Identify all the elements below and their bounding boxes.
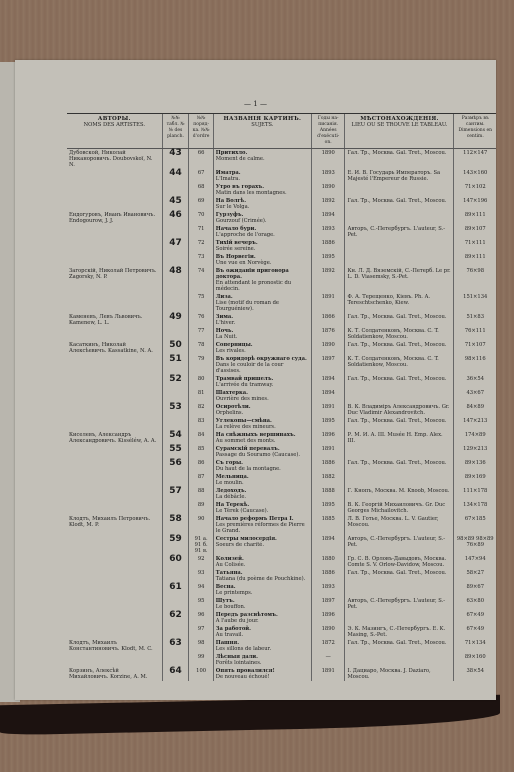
dimensions-cell: 174×89 — [454, 431, 496, 445]
location-cell: Авторъ, С.-Петербургъ. L'auteur, S.-Pet. — [345, 225, 454, 239]
col-location: МѢСТОНАХОЖДЕНІЯ. LIEU OU SE TROUVE LE TA… — [345, 114, 454, 149]
year-cell: 1892 — [311, 197, 345, 211]
author-cell — [67, 597, 162, 611]
plate-number: 54 — [162, 431, 189, 445]
order-number: 87 — [189, 473, 213, 487]
location-cell: В. К. Владиміръ Александровичъ. Gr. Duc … — [345, 403, 454, 417]
location-cell — [345, 583, 454, 597]
dimensions-cell: 58×27 — [454, 569, 496, 583]
title-cell: Трамвай пришелъ. L'arrivée du tramway. — [213, 375, 311, 389]
table-row: 60 92 Колизей. Au Colisée. 1880 Гр. С. В… — [67, 555, 496, 569]
author-cell — [67, 183, 162, 197]
title-cell: Лиза. Lise (motif du roman de Tourguénie… — [213, 293, 311, 313]
authors-header-fr: NOMS DES ARTISTES. — [69, 122, 160, 128]
year-cell: 1893 — [311, 225, 345, 239]
plate-number: 64 — [162, 667, 189, 681]
location-cell: К. Т. Солдатенковъ, Москва. C. T. Soldat… — [345, 355, 454, 375]
dimensions-cell: 63×80 — [454, 597, 496, 611]
plate-number: 62 — [162, 611, 189, 625]
location-cell: Гр. С. В. Орловъ-Давыдовъ, Москва. Comte… — [345, 555, 454, 569]
title-fr: Le moulin. — [216, 480, 309, 486]
title-cell: За работой. Au travail. — [213, 625, 311, 639]
order-number: 76 — [189, 313, 213, 327]
order-number: 98 — [189, 639, 213, 653]
location-cell: Авторъ, С.-Петербургъ. L'auteur, S.-Pet. — [345, 535, 454, 555]
table-row: 45 69 На Волгѣ. Sur le Volga. 1892 Гал. … — [67, 197, 496, 211]
year-cell: 1893 — [311, 583, 345, 597]
order-number: 81 — [189, 389, 213, 403]
title-cell: Передъ разсвѣтомъ. A l'aube du jour. — [213, 611, 311, 625]
title-fr: Dans le couloir de la cour d'assises. — [216, 362, 309, 374]
location-cell: Гал. Тр., Москва. Gal. Tret., Moscou. — [345, 375, 454, 389]
title-fr: Au sommet des monts. — [216, 438, 309, 444]
location-cell — [345, 239, 454, 253]
year-cell: 1890 — [311, 183, 345, 197]
title-fr: Le Térek (Caucase). — [216, 508, 309, 514]
author-cell — [67, 555, 162, 569]
author-cell — [67, 327, 162, 341]
year-cell: 1895 — [311, 501, 345, 515]
title-fr: Lise (motif du roman de Tourguéniew). — [216, 300, 309, 312]
table-row: 73 Въ Норвегіи. Une vue en Norvège. 1895… — [67, 253, 496, 267]
table-row: 57 88 Ледоходъ. La débâcle. 1888 Г. Кноп… — [67, 487, 496, 501]
order-number: 90 — [189, 515, 213, 535]
dimensions-cell: 67×49 — [454, 625, 496, 639]
plate-number: 46 — [162, 211, 189, 225]
year-cell: 1888 — [311, 487, 345, 501]
dimensions-cell: 43×67 — [454, 389, 496, 403]
title-cell: Соперницы. Les rivales. — [213, 341, 311, 355]
order-number: 84 — [189, 431, 213, 445]
location-cell: Гал. Тр., Москва. Gal. Tret., Moscou. — [345, 313, 454, 327]
title-fr: Passage du Souramo (Caucase). — [216, 452, 309, 458]
year-cell: 1896 — [311, 431, 345, 445]
author-cell: Дубовской, Николай Никаноровичъ. Doubovs… — [67, 149, 162, 170]
col-order: №№ поряд-ка. №№ d'ordre — [189, 114, 213, 149]
title-cell: Опять провалился! De nouveau échoué! — [213, 667, 311, 681]
table-row: 97 За работой. Au travail. 1890 Э. К. Ма… — [67, 625, 496, 639]
dimensions-cell: 147×196 — [454, 197, 496, 211]
dimensions-cell: 51×83 — [454, 313, 496, 327]
location-cell: Кн. Л. Д. Вяземскій, С.-Петерб. Le pr. L… — [345, 267, 454, 293]
year-cell: 1882 — [311, 473, 345, 487]
plate-number — [162, 597, 189, 611]
title-fr: La Nuit. — [216, 334, 309, 340]
title-cell: Зима. L'hiver. — [213, 313, 311, 327]
location-cell: Г. Кнопъ, Москва. M. Knoob, Moscou. — [345, 487, 454, 501]
table-row: 68 Утро въ горахъ. Matin dans les montag… — [67, 183, 496, 197]
author-cell: Клодтъ, Михаилъ Петровичъ. Klodt, M. P. — [67, 515, 162, 535]
title-cell: На Терекѣ. Le Térek (Caucase). — [213, 501, 311, 515]
plate-number: 63 — [162, 639, 189, 653]
location-cell: Л. В. Готье, Москва. L. V. Gautier, Mosc… — [345, 515, 454, 535]
title-fr: Tatiana (du poème de Pouchkine). — [216, 576, 309, 582]
location-cell: Ф. А. Терещенко, Кіевъ. Ph. A. Tereschts… — [345, 293, 454, 313]
dimensions-cell: 71×102 — [454, 183, 496, 197]
title-fr: Du haut de la montagne. — [216, 466, 309, 472]
plate-number: 52 — [162, 375, 189, 389]
catalog-page: — 1 — АВТОРЫ. NOMS DES ARTISTES. №№ табл… — [15, 60, 496, 700]
order-number: 91 а. 91 б. 91 в. — [189, 535, 213, 555]
plate-number — [162, 473, 189, 487]
table-row: Ендогуровъ, Иванъ Ивановичъ. Endogourow,… — [67, 211, 496, 225]
plate-number — [162, 417, 189, 431]
table-row: 83 Углекопы—смѣна. La relève des mineurs… — [67, 417, 496, 431]
plate-number — [162, 253, 189, 267]
order-number: 97 — [189, 625, 213, 639]
plate-number — [162, 569, 189, 583]
author-cell — [67, 225, 162, 239]
location-cell: Э. К. Мазингъ, С.-Петербургъ. E. K. Masi… — [345, 625, 454, 639]
plate-number — [162, 327, 189, 341]
order-number: 69 — [189, 197, 213, 211]
title-cell: Углекопы—смѣна. La relève des mineurs. — [213, 417, 311, 431]
table-row: Клодтъ, Михаилъ Константиновичъ. Klodt, … — [67, 639, 496, 653]
dimensions-cell: 71×134 — [454, 639, 496, 653]
table-row: Каменевъ, Левъ Львовичъ. Kamenew, L. L. … — [67, 313, 496, 327]
table-row: 87 Мельница. Le moulin. 1882 89×169 — [67, 473, 496, 487]
location-cell — [345, 473, 454, 487]
order-number: 68 — [189, 183, 213, 197]
order-number: 77 — [189, 327, 213, 341]
title-fr: L'Imatra. — [216, 176, 309, 182]
dimensions-cell: 134×178 — [454, 501, 496, 515]
year-cell: 1891 — [311, 445, 345, 459]
dimensions-cell: 36×54 — [454, 375, 496, 389]
location-cell: Е. И. В. Государь Императоръ. Sa Majesté… — [345, 169, 454, 183]
location-cell: К. Т. Солдатенковъ, Москва. C. T. Soldat… — [345, 327, 454, 341]
location-cell: Авторъ, С.-Петербургъ. L'auteur, S.-Pet. — [345, 597, 454, 611]
dimensions-cell: 147×94 — [454, 555, 496, 569]
title-fr: Les rivales. — [216, 348, 309, 354]
order-number: 89 — [189, 501, 213, 515]
author-cell — [67, 293, 162, 313]
year-cell: 1872 — [311, 639, 345, 653]
year-cell: 1894 — [311, 535, 345, 555]
title-fr: Au travail. — [216, 632, 309, 638]
table-row: 51 79 Въ коридорѣ окружнаго суда. Dans l… — [67, 355, 496, 375]
year-cell: 1866 — [311, 313, 345, 327]
title-cell: На снѣжныхъ вершинахъ. Au sommet des mon… — [213, 431, 311, 445]
table-row: 44 67 Иматра. L'Imatra. 1893 Е. И. В. Го… — [67, 169, 496, 183]
dimensions-cell: 89×160 — [454, 653, 496, 667]
table-row: 71 Начало бури. L'approche de l'orage. 1… — [67, 225, 496, 239]
dimensions-cell: 89×169 — [454, 473, 496, 487]
title-cell: Мельница. Le moulin. — [213, 473, 311, 487]
order-number: 78 — [189, 341, 213, 355]
table-row: 81 Шахтерка. Ouvrière des mines. 1894 43… — [67, 389, 496, 403]
table-row: 53 82 Осиротѣли. Orphelins. 1891 В. К. В… — [67, 403, 496, 417]
year-cell: 1896 — [311, 611, 345, 625]
plate-number — [162, 653, 189, 667]
title-fr: Le printemps. — [216, 590, 309, 596]
year-cell: 1890 — [311, 625, 345, 639]
title-cell: Весна. Le printemps. — [213, 583, 311, 597]
location-cell: Гал. Тр., Москва. Gal. Tret., Moscou. — [345, 149, 454, 170]
dimensions-cell: 89×111 — [454, 253, 496, 267]
author-cell — [67, 535, 162, 555]
table-row: 52 80 Трамвай пришелъ. L'arrivée du tram… — [67, 375, 496, 389]
author-cell — [67, 569, 162, 583]
location-cell: Гал. Тр., Москва. Gal. Tret., Moscou. — [345, 341, 454, 355]
location-cell: Гал. Тр., Москва. Gal. Tret., Moscou. — [345, 197, 454, 211]
plate-number: 60 — [162, 555, 189, 569]
author-cell — [67, 389, 162, 403]
author-cell — [67, 253, 162, 267]
title-cell: Въ Норвегіи. Une vue en Norvège. — [213, 253, 311, 267]
table-header: АВТОРЫ. NOMS DES ARTISTES. №№ табл. №№ d… — [67, 114, 496, 149]
table-row: 62 96 Передъ разсвѣтомъ. A l'aube du jou… — [67, 611, 496, 625]
dimensions-cell: 129×213 — [454, 445, 496, 459]
plate-number — [162, 501, 189, 515]
dimensions-cell: 71×111 — [454, 239, 496, 253]
year-cell: 1894 — [311, 375, 345, 389]
table-row: 77 Ночь. La Nuit. 1876 К. Т. Солдатенков… — [67, 327, 496, 341]
title-cell: Тихій вечеръ. Soirée sereine. — [213, 239, 311, 253]
year-cell: 1897 — [311, 597, 345, 611]
author-cell — [67, 417, 162, 431]
author-cell — [67, 239, 162, 253]
title-fr: Ouvrière des mines. — [216, 396, 309, 402]
author-cell — [67, 375, 162, 389]
col-dimensions: Размѣръ въ сантим. Dimensions en centim. — [454, 114, 496, 149]
author-cell — [67, 445, 162, 459]
title-fr: La relève des mineurs. — [216, 424, 309, 430]
order-number: 95 — [189, 597, 213, 611]
dimensions-cell: 111×178 — [454, 487, 496, 501]
order-number: 79 — [189, 355, 213, 375]
order-number: 96 — [189, 611, 213, 625]
location-cell: Гал. Тр., Москва. Gal. Tret., Moscou. — [345, 417, 454, 431]
plate-number: 57 — [162, 487, 189, 501]
table-row: Клодтъ, Михаилъ Петровичъ. Klodt, M. P. … — [67, 515, 496, 535]
dimensions-cell: 151×134 — [454, 293, 496, 313]
title-fr: Les premières réformes de Pierre le Gran… — [216, 522, 309, 534]
title-fr: A l'aube du jour. — [216, 618, 309, 624]
title-cell: Шахтерка. Ouvrière des mines. — [213, 389, 311, 403]
year-cell: 1892 — [311, 267, 345, 293]
dimensions-cell: 67×49 — [454, 611, 496, 625]
year-cell: 1891 — [311, 293, 345, 313]
order-number: 85 — [189, 445, 213, 459]
dimensions-cell: 147×213 — [454, 417, 496, 431]
dimensions-cell: 89×67 — [454, 583, 496, 597]
table-row: 55 85 Сурамскій перевалъ. Passage du Sou… — [67, 445, 496, 459]
dimensions-cell: 89×136 — [454, 459, 496, 473]
author-cell — [67, 459, 162, 473]
dimensions-cell: 76×111 — [454, 327, 496, 341]
col-title: НАЗВАНІЯ КАРТИНЪ. SUJETS. — [213, 114, 311, 149]
year-cell: 1886 — [311, 239, 345, 253]
author-cell — [67, 473, 162, 487]
order-number: 71 — [189, 225, 213, 239]
table-row: 95 Шутъ. Le bouffon. 1897 Авторъ, С.-Пет… — [67, 597, 496, 611]
year-cell: 1897 — [311, 355, 345, 375]
plate-number: 55 — [162, 445, 189, 459]
title-cell: Ледоходъ. La débâcle. — [213, 487, 311, 501]
dimensions-cell: 143×160 — [454, 169, 496, 183]
year-cell: 1891 — [311, 667, 345, 681]
title-cell: Татьяна. Tatiana (du poème de Pouchkine)… — [213, 569, 311, 583]
dimensions-cell: 112×147 — [454, 149, 496, 170]
year-cell: 1880 — [311, 555, 345, 569]
table-row: 99 Лѣсныя дали. Forêts lointaines. — 89×… — [67, 653, 496, 667]
order-number: 66 — [189, 149, 213, 170]
plate-number: 43 — [162, 149, 189, 170]
author-cell: Касаткинъ, Николай Алексѣевичъ. Kassatki… — [67, 341, 162, 355]
year-cell: 1894 — [311, 389, 345, 403]
title-fr: Au Colisée. — [216, 562, 309, 568]
location-header-fr: LIEU OU SE TROUVE LE TABLEAU. — [347, 122, 451, 128]
title-fr: Le bouffon. — [216, 604, 309, 610]
location-cell: Гал. Тр., Москва. Gal. Tret., Moscou. — [345, 569, 454, 583]
title-cell: Сурамскій перевалъ. Passage du Souramo (… — [213, 445, 311, 459]
author-cell — [67, 355, 162, 375]
title-cell: Пашня. Les sillons de labeur. — [213, 639, 311, 653]
col-plate: №№ табл. №№ des planch. — [162, 114, 189, 149]
location-cell — [345, 389, 454, 403]
title-cell: Осиротѣли. Orphelins. — [213, 403, 311, 417]
plate-number: 44 — [162, 169, 189, 183]
author-cell — [67, 501, 162, 515]
plate-number: 56 — [162, 459, 189, 473]
location-cell — [345, 611, 454, 625]
title-fr: Une vue en Norvège. — [216, 260, 309, 266]
plate-number: 50 — [162, 341, 189, 355]
title-cell: На Волгѣ. Sur le Volga. — [213, 197, 311, 211]
location-cell: В. К. Георгій Михаиловичъ. Gr. Duc Georg… — [345, 501, 454, 515]
page-number: — 1 — — [15, 100, 496, 108]
author-cell — [67, 169, 162, 183]
plate-number: 47 — [162, 239, 189, 253]
title-cell: Ночь. La Nuit. — [213, 327, 311, 341]
table-row: 56 86 Съ горы. Du haut de la montagne. 1… — [67, 459, 496, 473]
dimensions-cell: 71×107 — [454, 341, 496, 355]
order-number: 88 — [189, 487, 213, 501]
year-cell: 1890 — [311, 341, 345, 355]
title-cell: Въ ожиданіи приговора доктора. En attend… — [213, 267, 311, 293]
table-row: Дубовской, Николай Никаноровичъ. Doubovs… — [67, 149, 496, 170]
year-cell: 1895 — [311, 253, 345, 267]
year-cell: 1876 — [311, 327, 345, 341]
title-fr: Soeurs de charité. — [216, 542, 309, 548]
title-fr: Sur le Volga. — [216, 204, 309, 210]
order-number: 74 — [189, 267, 213, 293]
title-fr: Gourzouf (Crimée). — [216, 218, 309, 224]
year-cell: 1895 — [311, 417, 345, 431]
year-cell: 1893 — [311, 169, 345, 183]
order-number: 75 — [189, 293, 213, 313]
location-cell: Гал. Тр., Москва. Gal. Tret., Moscou. — [345, 459, 454, 473]
dimensions-cell: 89×107 — [454, 225, 496, 239]
title-cell: Колизей. Au Colisée. — [213, 555, 311, 569]
dimensions-cell: 98×116 — [454, 355, 496, 375]
col-authors: АВТОРЫ. NOMS DES ARTISTES. — [67, 114, 162, 149]
title-fr: La débâcle. — [216, 494, 309, 500]
title-cell: Гурзуфъ. Gourzouf (Crimée). — [213, 211, 311, 225]
title-fr: Soirée sereine. — [216, 246, 309, 252]
table-row: 75 Лиза. Lise (motif du roman de Tourgué… — [67, 293, 496, 313]
title-fr: Orphelins. — [216, 410, 309, 416]
table-row: 47 72 Тихій вечеръ. Soirée sereine. 1886… — [67, 239, 496, 253]
table-row: Загорскій, Николай Петровичъ. Zagorsky, … — [67, 267, 496, 293]
order-number: 86 — [189, 459, 213, 473]
dimensions-cell: 67×185 — [454, 515, 496, 535]
location-cell — [345, 653, 454, 667]
location-cell: Р. М. И. А. III. Musée H. Emp. Alex. III… — [345, 431, 454, 445]
plate-number: 59 — [162, 535, 189, 555]
plate-number: 61 — [162, 583, 189, 597]
table-row: Корзинъ, Алексѣй Михайловичъ. Korzine, A… — [67, 667, 496, 681]
table-row: 89 На Терекѣ. Le Térek (Caucase). 1895 В… — [67, 501, 496, 515]
order-number: 82 — [189, 403, 213, 417]
author-cell: Каменевъ, Левъ Львовичъ. Kamenew, L. L. — [67, 313, 162, 327]
location-cell — [345, 253, 454, 267]
title-cell: Притихло. Moment de calme. — [213, 149, 311, 170]
author-cell — [67, 403, 162, 417]
author-cell: Ендогуровъ, Иванъ Ивановичъ. Endogourow,… — [67, 211, 162, 225]
title-fr: De nouveau échoué! — [216, 674, 309, 680]
year-cell: 1886 — [311, 569, 345, 583]
dimensions-cell: 89×111 — [454, 211, 496, 225]
title-fr: Moment de calme. — [216, 156, 309, 162]
order-number: 73 — [189, 253, 213, 267]
author-cell: Корзинъ, Алексѣй Михайловичъ. Korzine, A… — [67, 667, 162, 681]
title-ru: Въ ожиданіи приговора доктора. — [216, 268, 309, 280]
plate-number: 49 — [162, 313, 189, 327]
title-fr: L'arrivée du tramway. — [216, 382, 309, 388]
title-fr: L'hiver. — [216, 320, 309, 326]
title-cell: Иматра. L'Imatra. — [213, 169, 311, 183]
plate-number — [162, 293, 189, 313]
title-cell: Лѣсныя дали. Forêts lointaines. — [213, 653, 311, 667]
plate-number: 58 — [162, 515, 189, 535]
location-cell: І. Дациаро, Москва. J. Daziaro, Moscou. — [345, 667, 454, 681]
title-cell: Начало бури. L'approche de l'orage. — [213, 225, 311, 239]
table-row: 59 91 а. 91 б. 91 в. Сестры милосердія. … — [67, 535, 496, 555]
order-number: 93 — [189, 569, 213, 583]
year-cell: 1890 — [311, 149, 345, 170]
plate-number — [162, 225, 189, 239]
order-number: 70 — [189, 211, 213, 225]
author-cell — [67, 611, 162, 625]
order-number: 80 — [189, 375, 213, 389]
title-cell: Начало реформъ Петра I. Les premières ré… — [213, 515, 311, 535]
location-cell — [345, 445, 454, 459]
author-cell: Клодтъ, Михаилъ Константиновичъ. Klodt, … — [67, 639, 162, 653]
order-number: 92 — [189, 555, 213, 569]
table-row: 93 Татьяна. Tatiana (du poème de Pouchki… — [67, 569, 496, 583]
author-cell — [67, 625, 162, 639]
dimensions-cell: 76×98 — [454, 267, 496, 293]
dimensions-cell: 38×54 — [454, 667, 496, 681]
author-cell: Киселевъ, Александръ Александровичъ. Kis… — [67, 431, 162, 445]
dimensions-cell: 84×89 — [454, 403, 496, 417]
title-cell: Шутъ. Le bouffon. — [213, 597, 311, 611]
plate-number — [162, 625, 189, 639]
order-number: 83 — [189, 417, 213, 431]
plate-number — [162, 389, 189, 403]
plate-number: 45 — [162, 197, 189, 211]
catalog-table: АВТОРЫ. NOMS DES ARTISTES. №№ табл. №№ d… — [67, 113, 496, 681]
order-number: 72 — [189, 239, 213, 253]
title-cell: Съ горы. Du haut de la montagne. — [213, 459, 311, 473]
dimensions-cell: 98×89 98×89 76×89 — [454, 535, 496, 555]
year-cell: — — [311, 653, 345, 667]
plate-number: 51 — [162, 355, 189, 375]
author-cell — [67, 197, 162, 211]
title-cell: Въ коридорѣ окружнаго суда. Dans le coul… — [213, 355, 311, 375]
